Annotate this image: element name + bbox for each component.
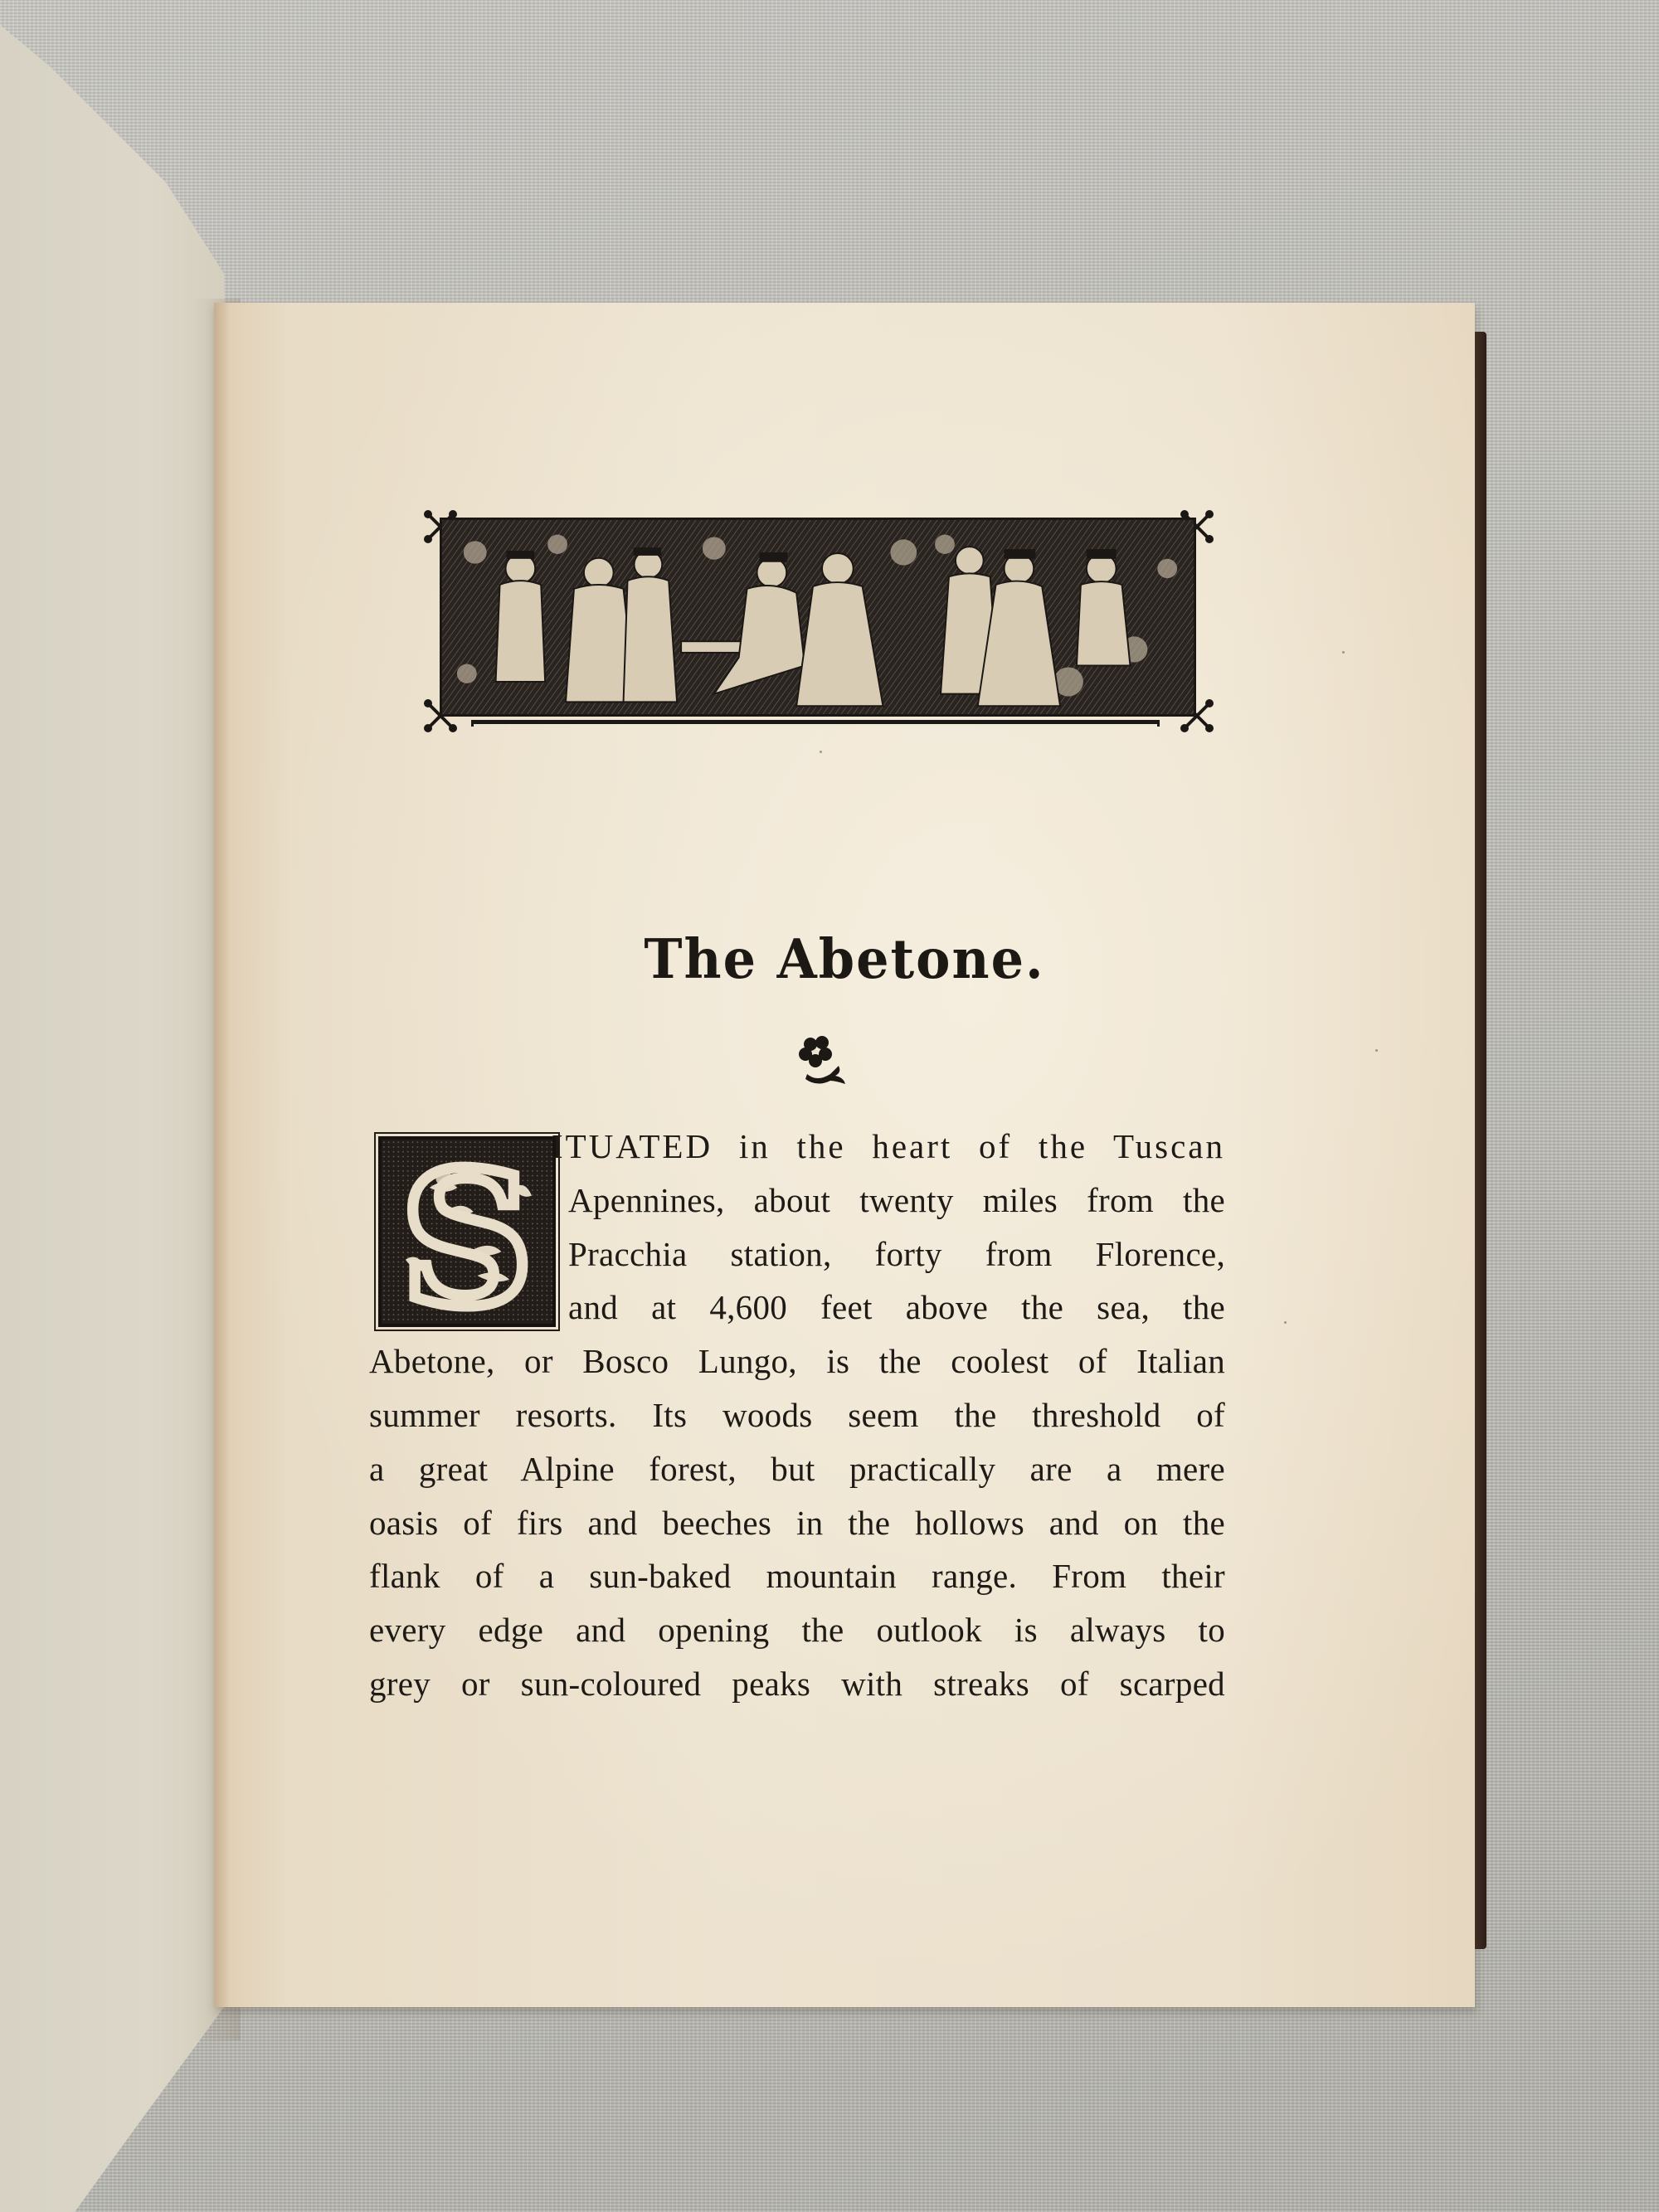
body-paragraph: ITUATED in the heart of the Tuscan Apenn… bbox=[369, 1120, 1225, 1711]
text-line: a great Alpine forest, but practically a… bbox=[369, 1442, 1225, 1496]
text-line: every edge and opening the outlook is al… bbox=[369, 1603, 1225, 1657]
banner-base-rule bbox=[471, 720, 1160, 727]
woodcut-illustration bbox=[440, 518, 1196, 717]
text-line: and at 4,600 feet above the sea, the bbox=[568, 1281, 1225, 1334]
text-line: Apennines, about twenty miles from the bbox=[568, 1174, 1225, 1228]
text-line: oasis of firs and beeches in the hollows… bbox=[369, 1496, 1225, 1550]
text-line: ITUATED in the heart of the Tuscan bbox=[552, 1120, 1225, 1174]
text-line: Pracchia station, forty from Florence, bbox=[568, 1228, 1225, 1281]
book-page: The Abetone. bbox=[214, 303, 1475, 2007]
text-line: Abetone, or Bosco Lungo, is the coolest … bbox=[369, 1334, 1225, 1388]
text-line: flank of a sun-baked mountain range. Fro… bbox=[369, 1549, 1225, 1603]
chapter-title: The Abetone. bbox=[214, 927, 1475, 991]
text-line: grey or sun-coloured peaks with streaks … bbox=[369, 1657, 1225, 1711]
flower-ornament-icon bbox=[792, 1033, 850, 1091]
text-line: summer resorts. Its woods seem the thres… bbox=[369, 1388, 1225, 1442]
woodcut-banner bbox=[421, 508, 1199, 730]
